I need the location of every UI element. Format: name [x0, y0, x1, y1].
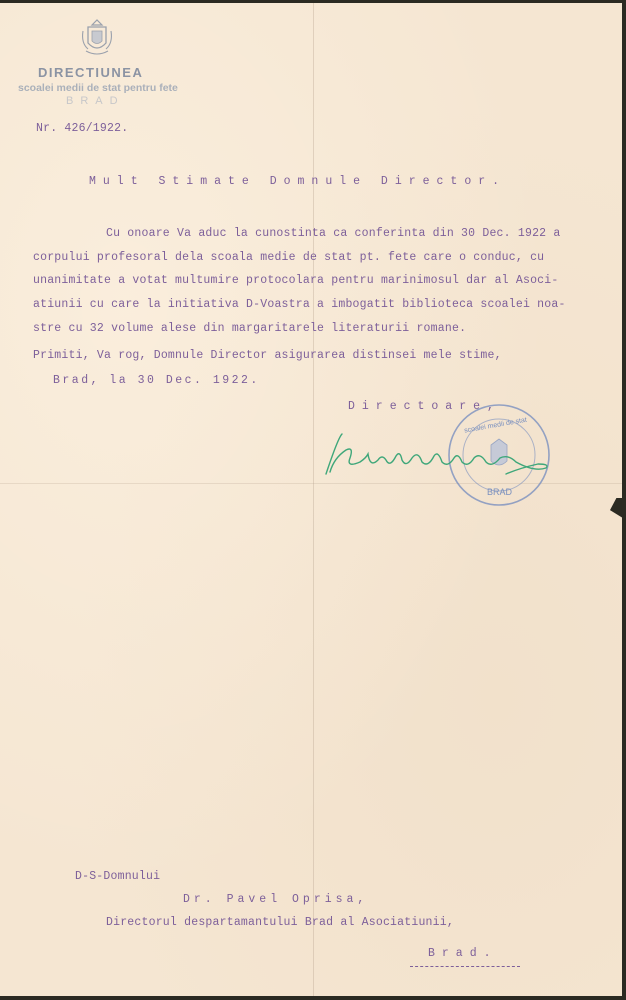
addressee-role: Directorul despartamantului Brad al Asoc… [106, 916, 454, 929]
letterhead-title: DIRECTIUNEA [38, 65, 143, 80]
body-line: corpului profesoral dela scoala medie de… [33, 251, 544, 264]
salutation: Mult Stimate Domnule Director. [89, 175, 506, 188]
letterhead-city: BRAD [66, 95, 125, 107]
body-line: stre cu 32 volume alese din margaritarel… [33, 322, 466, 335]
city-underline [410, 966, 520, 967]
body-line: unanimitate a votat multumire protocolar… [33, 274, 558, 287]
place-date: Brad, la 30 Dec. 1922. [53, 374, 260, 387]
letterhead-subtitle: scoalei medii de stat pentru fete [18, 82, 178, 94]
reference-number: Nr. 426/1922. [36, 122, 128, 135]
letter-page: DIRECTIUNEA scoalei medii de stat pentru… [0, 3, 622, 996]
body-line: atiunii cu care la initiativa D-Voastra … [33, 298, 566, 311]
addressee-prefix: D-S-Domnului [75, 870, 160, 883]
coat-of-arms-icon [80, 19, 114, 59]
fold-line-vertical [313, 3, 314, 996]
addressee-name: Dr. Pavel Oprisa, [183, 893, 368, 906]
stamp-bottom-text: BRAD [487, 487, 513, 497]
handwritten-signature [320, 428, 560, 488]
body-line: Cu onoare Va aduc la cunostinta ca confe… [106, 227, 560, 240]
addressee-city: Brad. [428, 947, 498, 960]
paper-tear [610, 498, 622, 520]
closing-line: Primiti, Va rog, Domnule Director asigur… [33, 349, 502, 362]
